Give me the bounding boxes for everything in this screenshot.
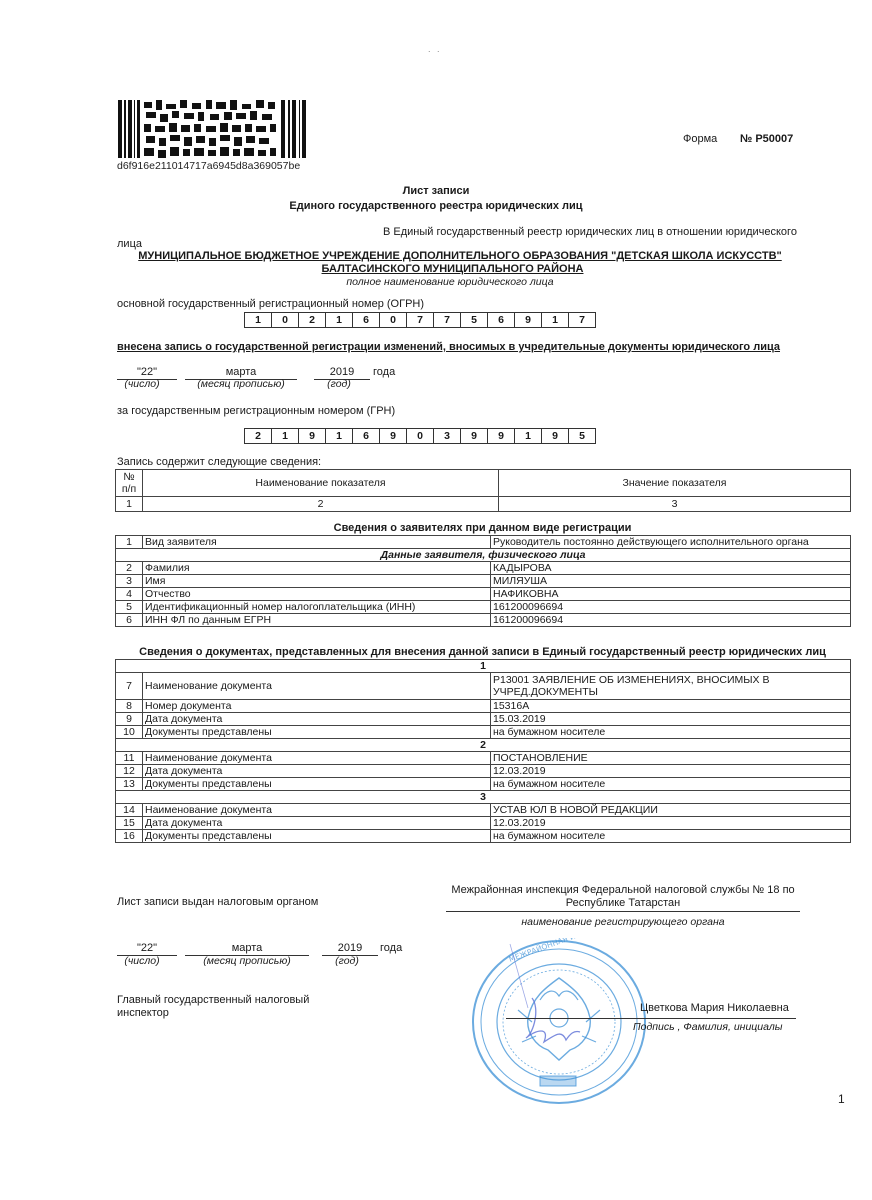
- entry-year-suffix: года: [373, 366, 395, 378]
- ogrn-digit: 6: [487, 313, 514, 327]
- table-row: 13 Документы представлены на бумажном но…: [116, 778, 851, 791]
- ogrn-digit: 7: [406, 313, 433, 327]
- row-value: на бумажном носителе: [491, 830, 851, 843]
- grn-digit: 1: [271, 429, 298, 443]
- issue-month: марта: [185, 942, 309, 956]
- document-group-label: 2: [116, 739, 851, 752]
- row-value: на бумажном носителе: [491, 726, 851, 739]
- row-number: 7: [116, 673, 143, 700]
- ogrn-digit: 0: [379, 313, 406, 327]
- row-value: 12.03.2019: [491, 765, 851, 778]
- applicant-section-title: Сведения о заявителях при данном виде ре…: [0, 522, 872, 534]
- row-number: 15: [116, 817, 143, 830]
- row-label: Идентификационный номер налогоплательщик…: [143, 601, 491, 614]
- row-label: Дата документа: [143, 817, 491, 830]
- row-number: 8: [116, 700, 143, 713]
- row-value: на бумажном носителе: [491, 778, 851, 791]
- row-number: 1: [116, 536, 143, 549]
- row-label: Наименование документа: [143, 673, 491, 700]
- table-row: 4 Отчество НАФИКОВНА: [116, 588, 851, 601]
- row-number: 6: [116, 614, 143, 627]
- document-group-label: 1: [116, 660, 851, 673]
- table-row: 7 Наименование документа Р13001 ЗАЯВЛЕНИ…: [116, 673, 851, 700]
- row-number: 14: [116, 804, 143, 817]
- header-number: № п/п: [116, 470, 143, 497]
- authority-caption: наименование регистрирующего органа: [446, 916, 800, 928]
- inspector-title: Главный государственный налоговый инспек…: [117, 994, 357, 1020]
- row-number: 3: [116, 575, 143, 588]
- group-header-row: 2: [116, 739, 851, 752]
- ogrn-digit: 1: [325, 313, 352, 327]
- ogrn-label: основной государственный регистрационный…: [117, 298, 424, 310]
- entity-name-line2: БАЛТАСИНСКОГО МУНИЦИПАЛЬНОГО РАЙОНА: [0, 263, 872, 275]
- grn-digit: 9: [298, 429, 325, 443]
- row-label: Отчество: [143, 588, 491, 601]
- header-value: Значение показателя: [499, 470, 851, 497]
- barcode-icon: [118, 100, 308, 158]
- row-label: Имя: [143, 575, 491, 588]
- grn-digit: 6: [352, 429, 379, 443]
- intro-text-cont: лица: [117, 238, 142, 250]
- group-header-row: 3: [116, 791, 851, 804]
- ogrn-digit: 0: [271, 313, 298, 327]
- authority-line2: Республике Татарстан: [446, 897, 800, 910]
- row-value: Руководитель постоянно действующего испо…: [491, 536, 851, 549]
- year-caption: (год): [314, 378, 364, 390]
- form-number: № Р50007: [740, 133, 793, 145]
- ogrn-digit: 7: [568, 313, 595, 327]
- table-index-row: 1 2 3: [116, 497, 851, 512]
- group-header-row: 1: [116, 660, 851, 673]
- table-row: 5 Идентификационный номер налогоплательщ…: [116, 601, 851, 614]
- row-number: 5: [116, 601, 143, 614]
- grn-digit: 1: [514, 429, 541, 443]
- row-number: 16: [116, 830, 143, 843]
- table-row: 1 Вид заявителя Руководитель постоянно д…: [116, 536, 851, 549]
- row-label: Наименование документа: [143, 752, 491, 765]
- table-row: 9 Дата документа 15.03.2019: [116, 713, 851, 726]
- row-number: 13: [116, 778, 143, 791]
- row-number: 10: [116, 726, 143, 739]
- row-value: Р13001 ЗАЯВЛЕНИЕ ОБ ИЗМЕНЕНИЯХ, ВНОСИМЫХ…: [491, 673, 851, 700]
- ogrn-digit: 6: [352, 313, 379, 327]
- document-title: Лист записи: [0, 185, 872, 197]
- authority-line1: Межрайонная инспекция Федеральной налого…: [446, 884, 800, 897]
- table-row: 6 ИНН ФЛ по данным ЕГРН 161200096694: [116, 614, 851, 627]
- row-label: Номер документа: [143, 700, 491, 713]
- signature-line: [506, 1018, 796, 1019]
- ogrn-digit: 1: [541, 313, 568, 327]
- issue-day: "22": [117, 942, 177, 956]
- signature-caption: Подпись , Фамилия, инициалы: [633, 1021, 783, 1033]
- scan-artifact: . .: [428, 44, 442, 54]
- signer-name: Цветкова Мария Николаевна: [640, 1002, 789, 1014]
- row-value: УСТАВ ЮЛ В НОВОЙ РЕДАКЦИИ: [491, 804, 851, 817]
- entry-statement: внесена запись о государственной регистр…: [117, 341, 780, 353]
- ogrn-digit: 9: [514, 313, 541, 327]
- table-row: 12 Дата документа 12.03.2019: [116, 765, 851, 778]
- ogrn-digits: 1 0 2 1 6 0 7 7 5 6 9 1 7: [244, 312, 596, 328]
- row-value: КАДЫРОВА: [491, 562, 851, 575]
- issue-year: 2019: [322, 942, 378, 956]
- entry-date: "22" марта 2019 года (число) (месяц проп…: [117, 366, 437, 396]
- issued-by-label: Лист записи выдан налоговым органом: [117, 896, 318, 908]
- official-stamp-icon: МЕЖРАЙОННАЯ ИНСПЕКЦИЯ: [470, 938, 648, 1106]
- index-cell: 3: [499, 497, 851, 512]
- row-number: 12: [116, 765, 143, 778]
- barcode-code: d6f916e211014717a6945d8a369057be: [117, 160, 300, 172]
- row-value: 15.03.2019: [491, 713, 851, 726]
- row-label: Дата документа: [143, 713, 491, 726]
- row-label: Дата документа: [143, 765, 491, 778]
- grn-digit: 1: [325, 429, 352, 443]
- row-number: 11: [116, 752, 143, 765]
- row-label: Наименование документа: [143, 804, 491, 817]
- ogrn-digit: 2: [298, 313, 325, 327]
- ogrn-digit: 1: [245, 313, 271, 327]
- row-number: 4: [116, 588, 143, 601]
- row-value: МИЛЯУША: [491, 575, 851, 588]
- row-number: 2: [116, 562, 143, 575]
- month-caption: (месяц прописью): [185, 955, 309, 967]
- table-row: 8 Номер документа 15316А: [116, 700, 851, 713]
- ogrn-digit: 5: [460, 313, 487, 327]
- grn-digit: 3: [433, 429, 460, 443]
- summary-table: № п/п Наименование показателя Значение п…: [115, 469, 851, 512]
- table-row: 3 Имя МИЛЯУША: [116, 575, 851, 588]
- grn-digit: 9: [487, 429, 514, 443]
- row-value: ПОСТАНОВЛЕНИЕ: [491, 752, 851, 765]
- grn-digit: 9: [541, 429, 568, 443]
- table-row: 10 Документы представлены на бумажном но…: [116, 726, 851, 739]
- table-row: 11 Наименование документа ПОСТАНОВЛЕНИЕ: [116, 752, 851, 765]
- day-caption: (число): [117, 955, 167, 967]
- registering-authority: Межрайонная инспекция Федеральной налого…: [446, 884, 800, 912]
- row-value: 12.03.2019: [491, 817, 851, 830]
- issue-year-suffix: года: [380, 942, 402, 954]
- row-label: ИНН ФЛ по данным ЕГРН: [143, 614, 491, 627]
- applicant-table: 1 Вид заявителя Руководитель постоянно д…: [115, 535, 851, 627]
- table-row: 2 Фамилия КАДЫРОВА: [116, 562, 851, 575]
- month-caption: (месяц прописью): [185, 378, 297, 390]
- table-row: 15 Дата документа 12.03.2019: [116, 817, 851, 830]
- table-subheading-row: Данные заявителя, физического лица: [116, 549, 851, 562]
- document-subtitle: Единого государственного реестра юридиче…: [0, 200, 872, 212]
- index-cell: 1: [116, 497, 143, 512]
- page-number: 1: [838, 1092, 845, 1106]
- applicant-subheading: Данные заявителя, физического лица: [116, 549, 851, 562]
- row-value: 161200096694: [491, 601, 851, 614]
- table-header-row: № п/п Наименование показателя Значение п…: [116, 470, 851, 497]
- row-value: НАФИКОВНА: [491, 588, 851, 601]
- row-label: Документы представлены: [143, 778, 491, 791]
- grn-digit: 5: [568, 429, 595, 443]
- table-row: 14 Наименование документа УСТАВ ЮЛ В НОВ…: [116, 804, 851, 817]
- document-group-label: 3: [116, 791, 851, 804]
- day-caption: (число): [117, 378, 167, 390]
- entity-name-line1: МУНИЦИПАЛЬНОЕ БЮДЖЕТНОЕ УЧРЕЖДЕНИЕ ДОПОЛ…: [0, 250, 872, 262]
- form-label: Форма: [683, 133, 717, 145]
- ogrn-digit: 7: [433, 313, 460, 327]
- row-value: 161200096694: [491, 614, 851, 627]
- issue-date: "22" марта 2019 года (число) (месяц проп…: [117, 942, 437, 972]
- table-row: 16 Документы представлены на бумажном но…: [116, 830, 851, 843]
- grn-digit: 2: [245, 429, 271, 443]
- row-label: Документы представлены: [143, 726, 491, 739]
- row-label: Вид заявителя: [143, 536, 491, 549]
- year-caption: (год): [322, 955, 372, 967]
- row-label: Фамилия: [143, 562, 491, 575]
- grn-digit: 9: [460, 429, 487, 443]
- grn-digits: 2 1 9 1 6 9 0 3 9 9 1 9 5: [244, 428, 596, 444]
- grn-label: за государственным регистрационным номер…: [117, 405, 395, 417]
- summary-caption: Запись содержит следующие сведения:: [117, 456, 321, 468]
- header-indicator: Наименование показателя: [143, 470, 499, 497]
- documents-table: 1 7 Наименование документа Р13001 ЗАЯВЛЕ…: [115, 659, 851, 843]
- intro-text: В Единый государственный реестр юридичес…: [383, 226, 797, 238]
- row-number: 9: [116, 713, 143, 726]
- index-cell: 2: [143, 497, 499, 512]
- row-value: 15316А: [491, 700, 851, 713]
- documents-section-title: Сведения о документах, представленных дл…: [0, 646, 872, 658]
- grn-digit: 9: [379, 429, 406, 443]
- row-label: Документы представлены: [143, 830, 491, 843]
- grn-digit: 0: [406, 429, 433, 443]
- entity-name-caption: полное наименование юридического лица: [0, 276, 872, 288]
